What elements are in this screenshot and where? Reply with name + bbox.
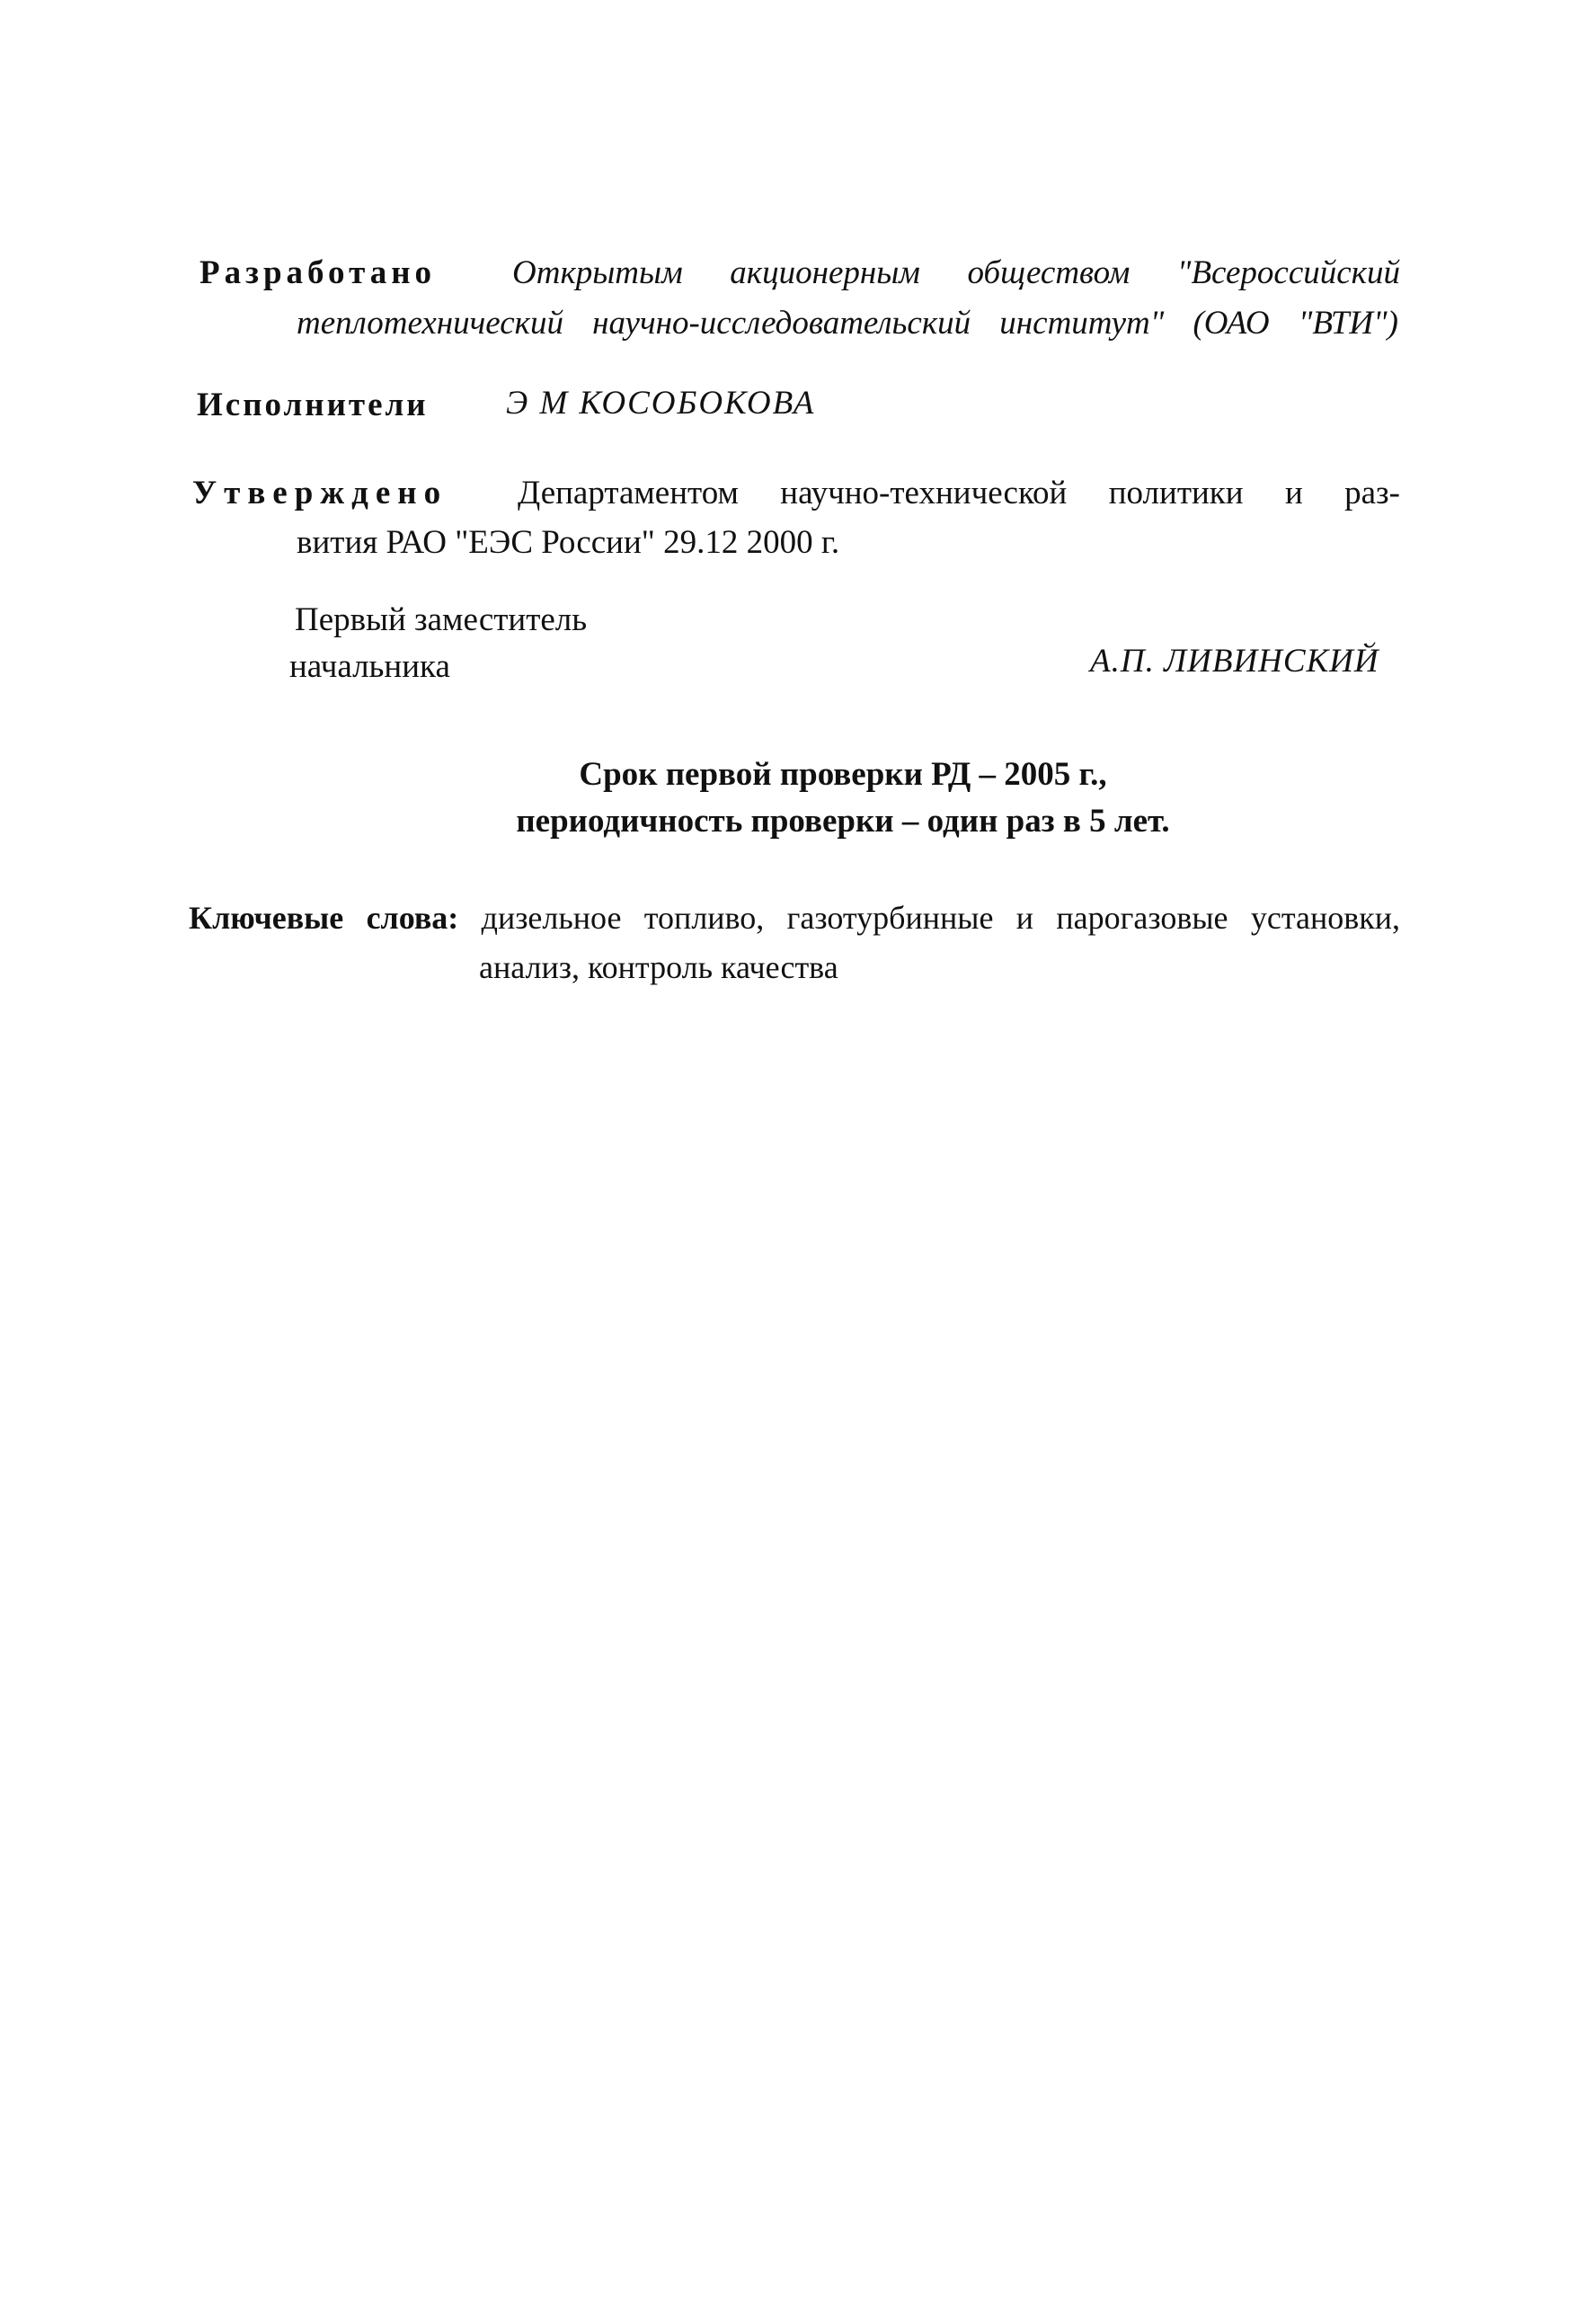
developed-label: Разработано [199,253,436,294]
approved-text-line2: вития РАО "ЕЭС России" 29.12 2000 г. [297,522,839,564]
developed-text-line1: Открытым акционерным обществом "Всеросси… [512,253,1400,294]
signer-position-line1: Первый заместитель [295,600,587,641]
executor-name: Э М КОСОБОКОВА [506,383,815,424]
signer-name: А.П. ЛИВИНСКИЙ [1090,641,1379,682]
revision-line2: периодичность проверки – один раз в 5 ле… [90,798,1596,845]
executors-label: Исполнители [197,385,429,426]
approved-label: Утверждено [192,473,448,514]
keywords-line1: Ключевые слова: дизельное топливо, газот… [189,897,1400,938]
approved-text-line1: Департаментом научно-технической политик… [518,473,1400,514]
keywords-label: Ключевые слова: [189,900,458,936]
keywords-line2: анализ, контроль качества [479,947,838,988]
developed-text-line2: теплотехнический научно-исследовательски… [297,303,1398,344]
scanned-document-page: Разработано Открытым акционерным обществ… [0,0,1596,2303]
keywords-text: дизельное топливо, газотурбинные и парог… [482,900,1400,936]
revision-block: Срок первой проверки РД – 2005 г., перио… [90,751,1596,845]
signer-position-line2: начальника [289,646,450,688]
revision-line1: Срок первой проверки РД – 2005 г., [90,751,1596,798]
